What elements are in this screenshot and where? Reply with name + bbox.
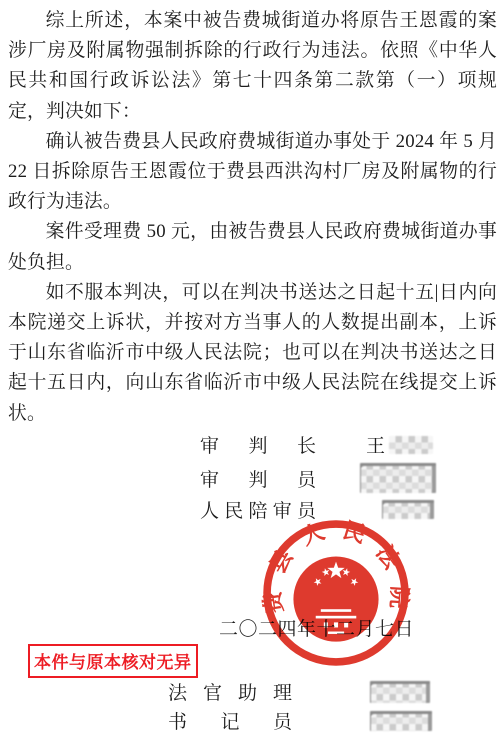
seal-court-name: 费县人民法院 [261, 518, 411, 615]
signature-row-judge-assistant: 法官助理 [168, 678, 430, 705]
judge-assistant-name [370, 681, 430, 703]
signature-row-judge: 审判员 [200, 463, 436, 493]
signature-row-peoples-assessor: 人民陪审员 [200, 496, 434, 523]
court-clerk-label: 书记员 [168, 707, 292, 734]
judge-name [360, 463, 436, 493]
signature-row-court-clerk: 书记员 [168, 707, 432, 734]
small-star-icon [321, 567, 330, 576]
seal-court-name-text: 费县人民法院 [261, 518, 411, 615]
small-star-icon [312, 576, 322, 586]
judge-assistant-label: 法官助理 [168, 678, 292, 705]
paragraph-ruling-confirmation: 确认被告费县人民政府费城街道办事处于 2024 年 5 月 22 日拆除原告王恩… [8, 127, 497, 218]
judgment-date: 二〇二四年十二月七日 [219, 614, 414, 641]
small-star-icon [342, 567, 351, 576]
seal-ring [267, 524, 405, 662]
presiding-judge-label: 审判长 [200, 431, 316, 458]
redacted-name-block [389, 436, 433, 454]
paragraph-summary-ruling-basis: 综上所述，本案中被告费城街道办将原告王恩霞的案涉厂房及附属物强制拆除的行政行为违… [8, 6, 497, 127]
presiding-judge-name-visible: 王 [366, 431, 385, 458]
judge-label: 审判员 [200, 465, 316, 492]
paragraph-court-fees: 案件受理费 50 元，由被告费县人民政府费城街道办事处负担。 [8, 217, 497, 277]
court-seal-graphic: 费县人民法院 [261, 518, 411, 668]
peoples-assessor-label: 人民陪审员 [200, 496, 316, 523]
redacted-name-block [370, 681, 430, 703]
signature-row-presiding-judge: 审判长 王 [200, 431, 433, 458]
redacted-name-block [370, 711, 432, 731]
redacted-name-block [382, 500, 434, 519]
small-star-icon [349, 576, 359, 586]
paragraph-appeal-instructions: 如不服本判决，可以在判决书送达之日起十五|日内向本院递交上诉状，并按对方当事人的… [8, 278, 497, 429]
verification-stamp: 本件与原本核对无异 [28, 644, 198, 678]
presiding-judge-name: 王 [366, 431, 433, 458]
judgment-body: 综上所述，本案中被告费城街道办将原告王恩霞的案涉厂房及附属物强制拆除的行政行为违… [8, 6, 497, 429]
big-star-icon [327, 562, 344, 579]
court-clerk-name [370, 711, 432, 731]
peoples-assessor-name [382, 500, 434, 519]
redacted-name-block [360, 463, 436, 493]
court-seal: 费县人民法院 [261, 518, 411, 668]
gate-beam [321, 609, 351, 612]
court-judgment-page: 综上所述，本案中被告费城街道办将原告王恩霞的案涉厂房及附属物强制拆除的行政行为违… [0, 0, 504, 737]
